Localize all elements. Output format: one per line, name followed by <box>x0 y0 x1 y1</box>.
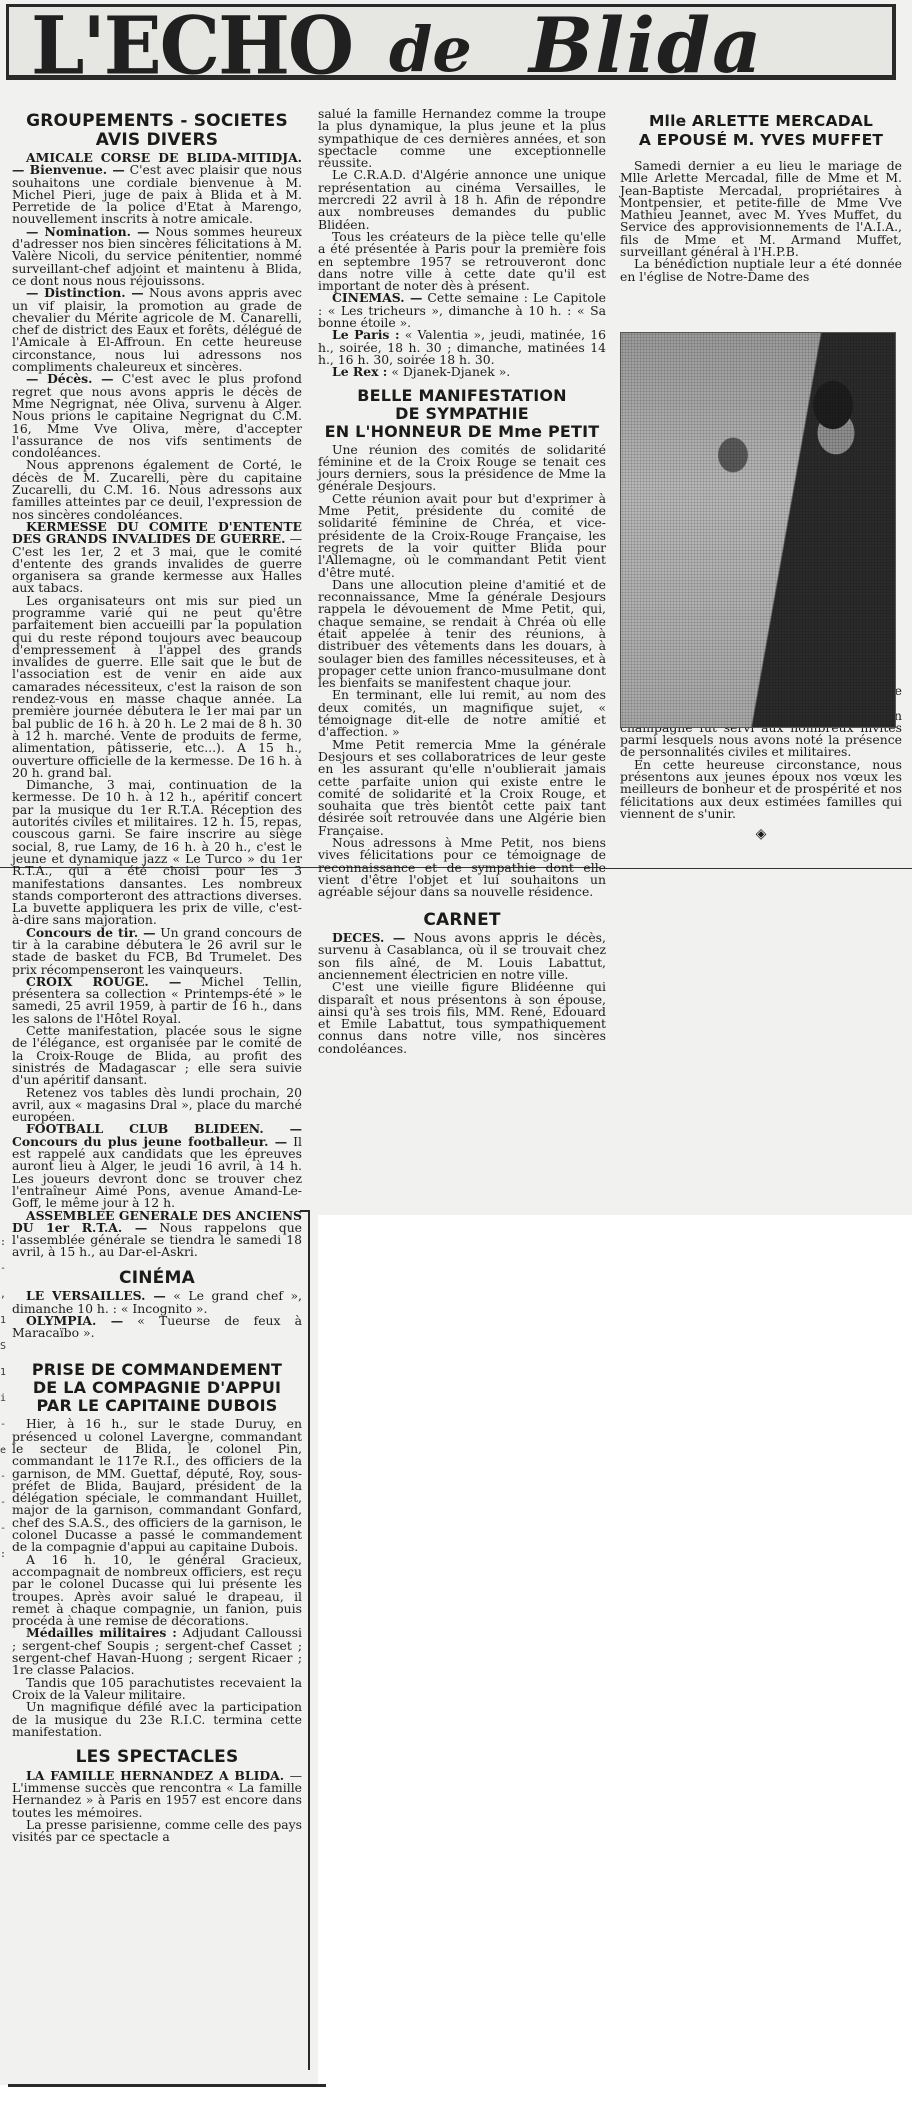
article-paragraph: Mme Petit remercia Mme la générale Desjo… <box>318 739 606 837</box>
section-mariage-intro: Samedi dernier a eu lieu le mariage de M… <box>620 160 902 283</box>
paragraph-text: Dans une allocution pleine d'amitié et d… <box>318 577 606 690</box>
article-paragraph: Tandis que 105 parachutistes recevaient … <box>12 1677 302 1702</box>
paragraph-text: Cette manifestation, placée sous le sign… <box>12 1023 302 1087</box>
article-paragraph: Cette manifestation, placée sous le sign… <box>12 1025 302 1086</box>
article-paragraph: En terminant, elle lui remit, au nom des… <box>318 689 606 738</box>
article-paragraph: Le C.R.A.D. d'Algérie annonce une unique… <box>318 169 606 230</box>
paragraph-text: Une réunion des comités de solidarité fé… <box>318 442 606 494</box>
section-heading-sympathie: BELLE MANIFESTATION DE SYMPATHIE EN L'HO… <box>318 387 606 441</box>
article-paragraph: LE VERSAILLES. — « Le grand chef », dima… <box>12 1290 302 1315</box>
masthead-script-de: de <box>389 13 472 86</box>
paragraph-kicker: FOOTBALL CLUB BLIDEEN. — Concours du plu… <box>12 1121 302 1148</box>
wedding-photo <box>620 332 896 728</box>
article-paragraph: ASSEMBLEE GENERALE DES ANCIENS DU 1er R.… <box>12 1210 302 1259</box>
paragraph-text: Les organisateurs ont mis sur pied un pr… <box>12 593 302 780</box>
article-paragraph: Un magnifique défilé avec la participati… <box>12 1701 302 1738</box>
article-paragraph: salué la famille Hernandez comme la trou… <box>318 108 606 169</box>
section-groupements-body: AMICALE CORSE DE BLIDA-MITIDJA. — Bienve… <box>12 152 302 1259</box>
scan-fold-line-right <box>600 868 912 869</box>
section-prise-body: Hier, à 16 h., sur le stade Duruy, en pr… <box>12 1418 302 1738</box>
article-paragraph: CROIX ROUGE. — Michel Tellin, présentera… <box>12 976 302 1025</box>
section-spectacles-body: LA FAMILLE HERNANDEZ A BLIDA. — L'immens… <box>12 1770 302 1844</box>
paragraph-text: La bénédiction nuptiale leur a été donné… <box>620 256 902 283</box>
article-paragraph: Nous adressons à Mme Petit, nos biens vi… <box>318 837 606 898</box>
article-paragraph: KERMESSE DU COMITE D'ENTENTE DES GRANDS … <box>12 521 302 595</box>
article-paragraph: — Nomination. — Nous sommes heureux d'ad… <box>12 226 302 287</box>
article-paragraph: Une réunion des comités de solidarité fé… <box>318 444 606 493</box>
article-paragraph: Samedi dernier a eu lieu le mariage de M… <box>620 160 902 258</box>
paragraph-text: En cette heureuse circonstance, nous pré… <box>620 757 902 821</box>
article-paragraph: La bénédiction nuptiale leur a été donné… <box>620 258 902 283</box>
paragraph-text: Nous apprenons également de Corté, le dé… <box>12 457 302 521</box>
article-paragraph: A 16 h. 10, le général Gracieux, accompa… <box>12 1554 302 1628</box>
paragraph-text: Nous adressons à Mme Petit, nos biens vi… <box>318 835 606 899</box>
article-paragraph: LA FAMILLE HERNANDEZ A BLIDA. — L'immens… <box>12 1770 302 1819</box>
article-paragraph: AMICALE CORSE DE BLIDA-MITIDJA. — Bienve… <box>12 152 302 226</box>
paragraph-text: Hier, à 16 h., sur le stade Duruy, en pr… <box>12 1416 302 1554</box>
section-sympathie-body: Une réunion des comités de solidarité fé… <box>318 444 606 899</box>
paragraph-text: Le C.R.A.D. d'Algérie annonce une unique… <box>318 167 606 231</box>
section-spectacles-continued: salué la famille Hernandez comme la trou… <box>318 108 606 379</box>
article-paragraph: DECES. — Nous avons appris le décès, sur… <box>318 932 606 981</box>
paragraph-text: « Djanek-Djanek ». <box>387 364 510 379</box>
paragraph-text: C'est une vieille figure Blidéenne qui d… <box>318 979 606 1055</box>
paragraph-text: Mme Petit remercia Mme la générale Desjo… <box>318 737 606 838</box>
paragraph-text: salué la famille Hernandez comme la trou… <box>318 106 606 170</box>
section-carnet-body: DECES. — Nous avons appris le décès, sur… <box>318 932 606 1055</box>
article-paragraph: Médailles militaires : Adjudant Callouss… <box>12 1627 302 1676</box>
article-paragraph: CINEMAS. — Cette semaine : Le Capitole :… <box>318 292 606 329</box>
paragraph-text: Dimanche, 3 mai, continuation de la kerm… <box>12 777 302 927</box>
article-paragraph: Le Rex : « Djanek-Djanek ». <box>318 366 606 378</box>
paragraph-text: Samedi dernier a eu lieu le mariage de M… <box>620 158 902 259</box>
article-paragraph: Tous les créateurs de la pièce telle qu'… <box>318 231 606 292</box>
article-paragraph: En cette heureuse circonstance, nous pré… <box>620 759 902 820</box>
masthead-script-city: Blida <box>529 1 763 90</box>
section-heading-spectacles: LES SPECTACLES <box>12 1748 302 1767</box>
paragraph-text: En terminant, elle lui remit, au nom des… <box>318 687 606 739</box>
paragraph-text: Tandis que 105 parachutistes recevaient … <box>12 1675 302 1702</box>
article-paragraph: OLYMPIA. — « Tueurse de feux à Maracaïbo… <box>12 1315 302 1340</box>
article-paragraph: Retenez vos tables dès lundi prochain, 2… <box>12 1087 302 1124</box>
article-paragraph: Le Paris : « Valentia », jeudi, matinée,… <box>318 329 606 366</box>
column-divider-left <box>308 1210 310 2070</box>
article-paragraph: La presse parisienne, comme celle des pa… <box>12 1819 302 1844</box>
section-heading-carnet: CARNET <box>318 911 606 930</box>
paragraph-text: C'est avec le plus profond regret que no… <box>12 371 302 460</box>
article-paragraph: C'est une vieille figure Blidéenne qui d… <box>318 981 606 1055</box>
bottom-rule <box>8 2084 326 2087</box>
paragraph-text: Cette réunion avait pour but d'exprimer … <box>318 491 606 580</box>
masthead-title: L'ECHO <box>31 0 352 92</box>
article-paragraph: Concours de tir. — Un grand concours de … <box>12 927 302 976</box>
paragraph-text: Nous avons appris avec un vif plaisir, l… <box>12 285 302 374</box>
article-paragraph: — Distinction. — Nous avons appris avec … <box>12 287 302 373</box>
paragraph-text: La presse parisienne, comme celle des pa… <box>12 1817 302 1844</box>
section-heading-cinema: CINÉMA <box>12 1269 302 1288</box>
article-paragraph: FOOTBALL CLUB BLIDEEN. — Concours du plu… <box>12 1123 302 1209</box>
paragraph-kicker: Le Rex : <box>332 364 387 379</box>
article-paragraph: Dans une allocution pleine d'amitié et d… <box>318 579 606 690</box>
article-paragraph: Hier, à 16 h., sur le stade Duruy, en pr… <box>12 1418 302 1553</box>
column-2: salué la famille Hernandez comme la trou… <box>318 108 606 1055</box>
masthead: L'ECHO de Blida <box>6 4 896 80</box>
article-paragraph: Dimanche, 3 mai, continuation de la kerm… <box>12 779 302 927</box>
paragraph-text: A 16 h. 10, le général Gracieux, accompa… <box>12 1552 302 1628</box>
paragraph-text: Un magnifique défilé avec la participati… <box>12 1699 302 1739</box>
section-heading-prise-de-commandement: PRISE DE COMMANDEMENT DE LA COMPAGNIE D'… <box>12 1361 302 1415</box>
paragraph-text: Tous les créateurs de la pièce telle qu'… <box>318 229 606 293</box>
article-paragraph: Cette réunion avait pour but d'exprimer … <box>318 493 606 579</box>
paragraph-text: Il est rappelé aux candidats que les épr… <box>12 1134 302 1210</box>
margin-text-fragments: :-,1S1i-e---: <box>0 1230 8 1568</box>
column-1: GROUPEMENTS - SOCIETES AVIS DIVERS AMICA… <box>12 108 302 1843</box>
article-paragraph: Nous apprenons également de Corté, le dé… <box>12 459 302 520</box>
article-paragraph: Les organisateurs ont mis sur pied un pr… <box>12 595 302 779</box>
section-heading-mariage: Mlle ARLETTE MERCADAL A EPOUSÉ M. YVES M… <box>620 112 902 150</box>
paragraph-text: Retenez vos tables dès lundi prochain, 2… <box>12 1085 302 1125</box>
paragraph-kicker: KERMESSE DU COMITE D'ENTENTE DES GRANDS … <box>12 519 302 546</box>
ornament-icon: ◈ <box>620 828 902 840</box>
section-cinema-body: LE VERSAILLES. — « Le grand chef », dima… <box>12 1290 302 1339</box>
article-paragraph: — Décès. — C'est avec le plus profond re… <box>12 373 302 459</box>
section-heading-groupements: GROUPEMENTS - SOCIETES AVIS DIVERS <box>12 112 302 149</box>
